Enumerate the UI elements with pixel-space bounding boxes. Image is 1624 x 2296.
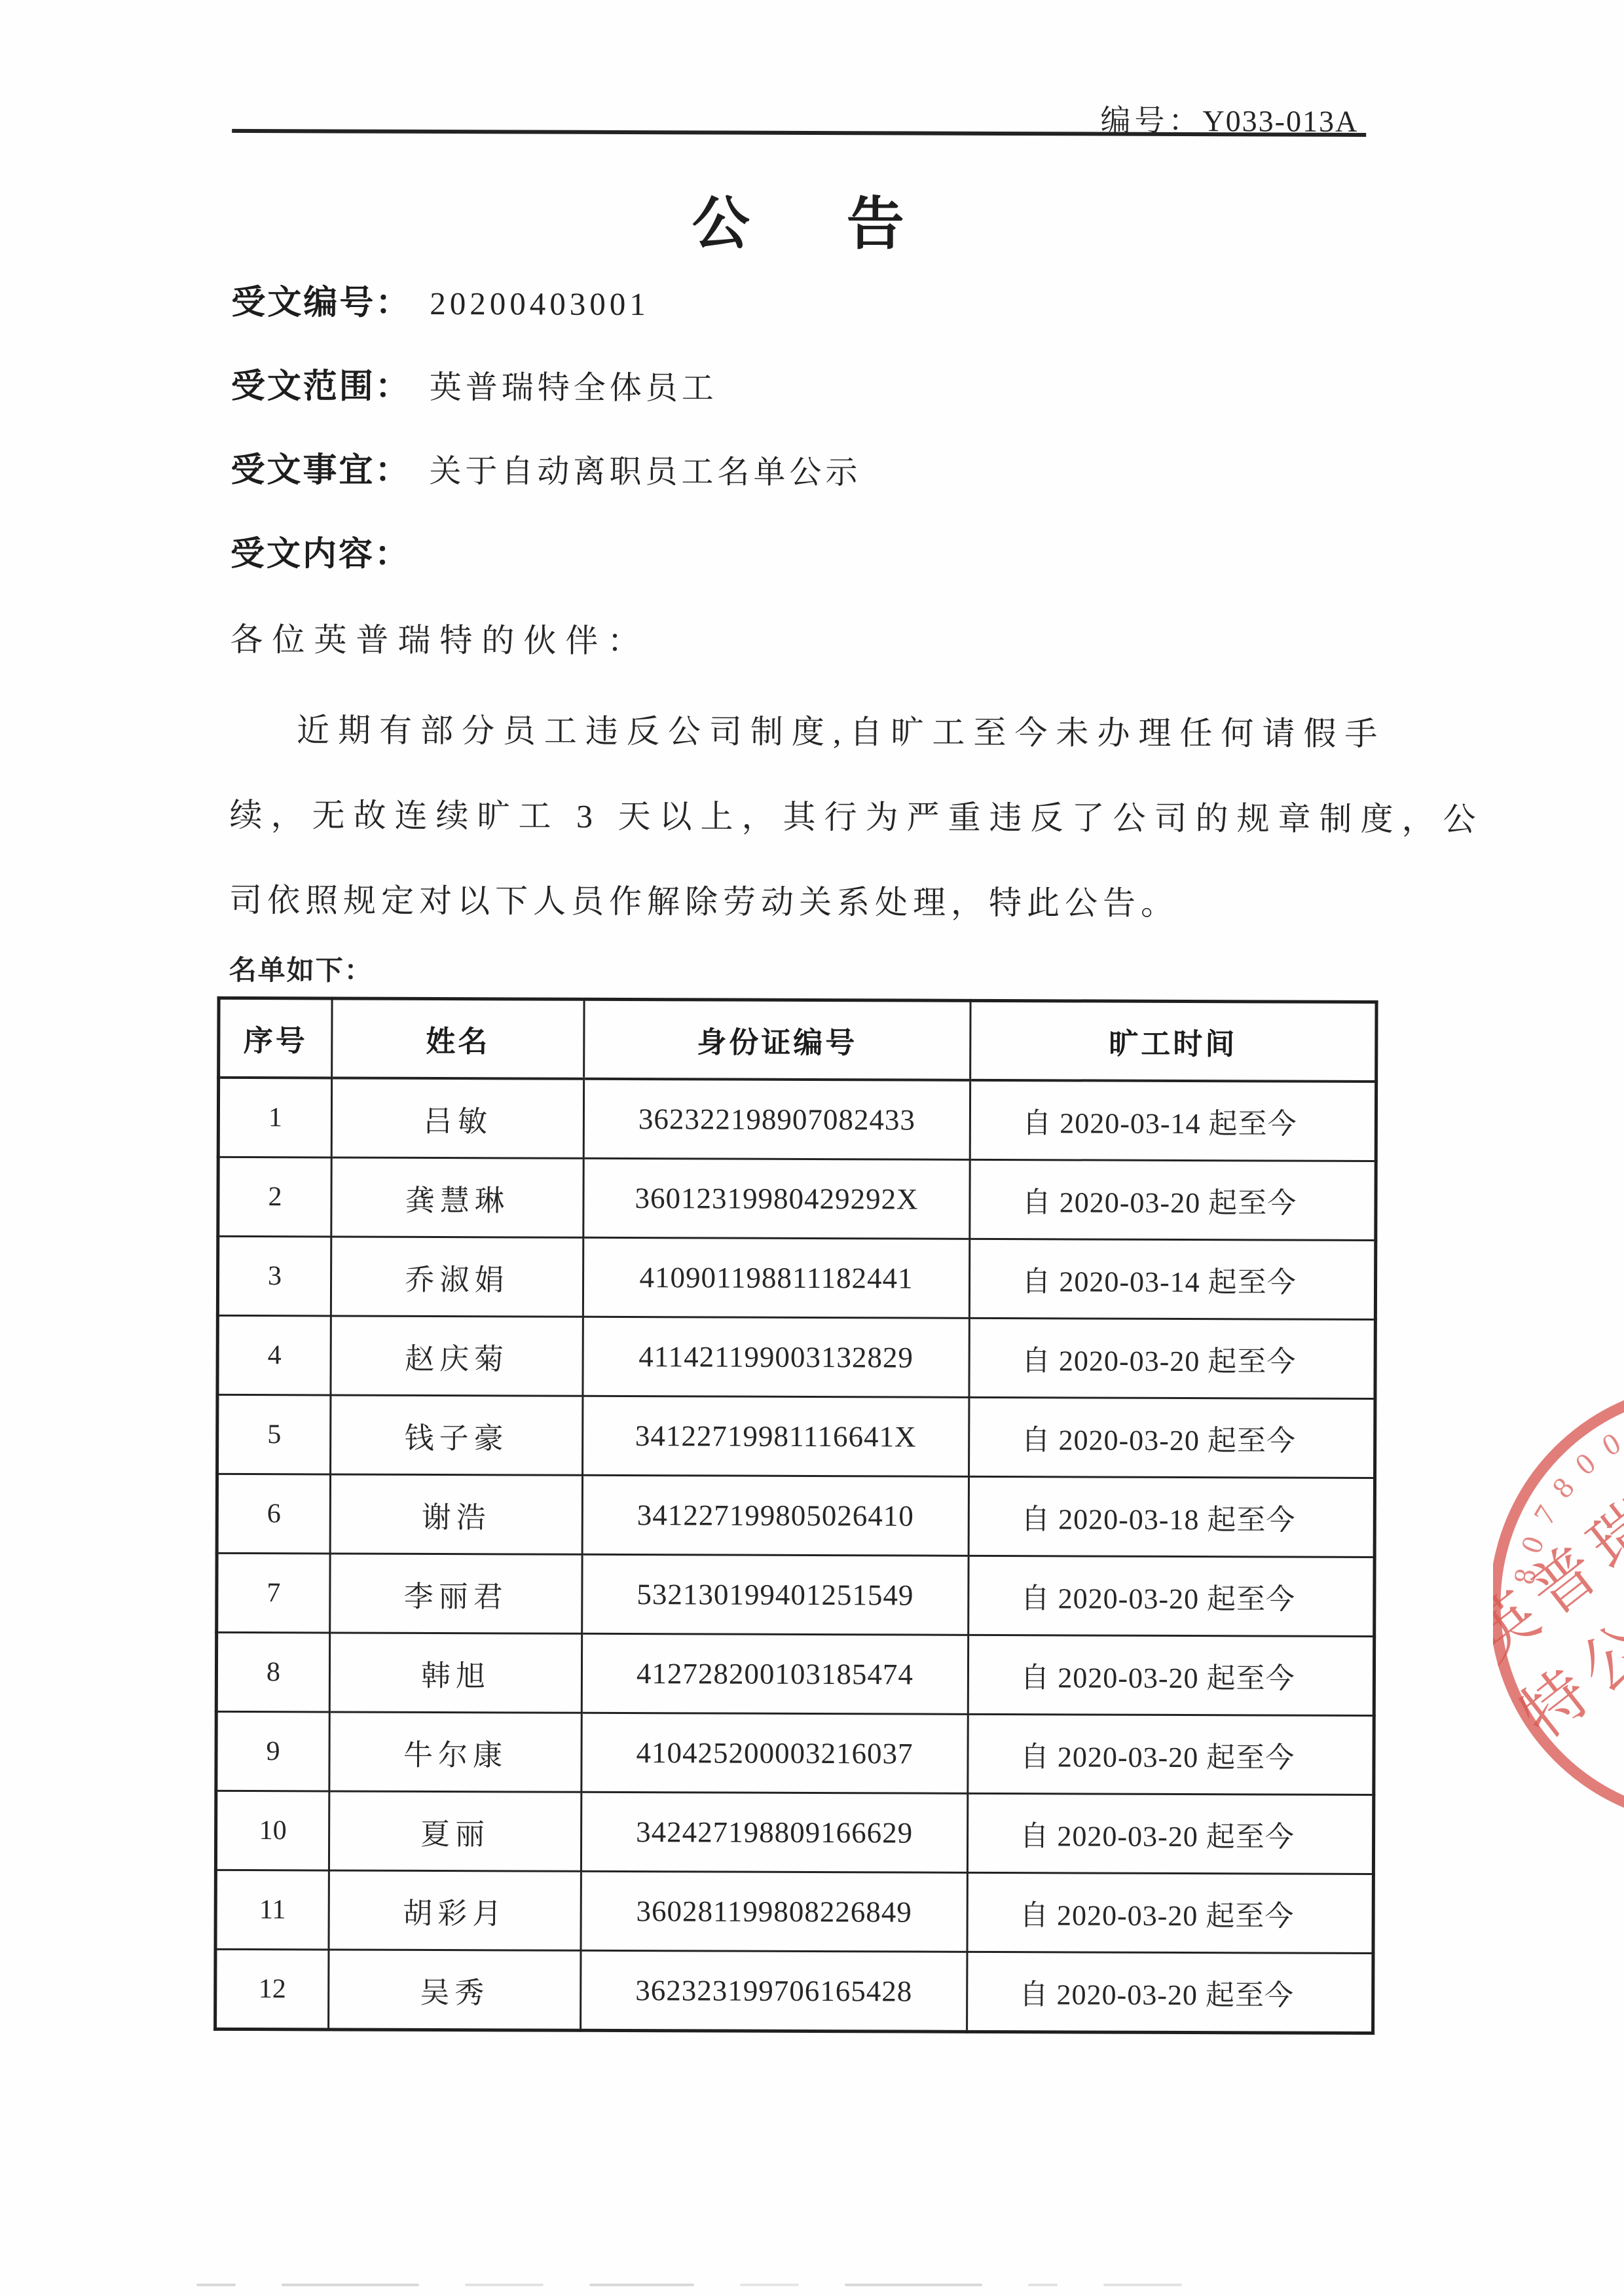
header-id-number: 身份证编号 bbox=[584, 999, 970, 1080]
cell-id: 362323199706165428 bbox=[581, 1950, 967, 2032]
field-content: 受文内容： bbox=[231, 526, 429, 575]
table-header-row: 序号 姓名 身份证编号 旷工时间 bbox=[219, 998, 1376, 1082]
cell-id: 34122719981116641X bbox=[583, 1396, 969, 1476]
field-label: 受文内容： bbox=[231, 535, 411, 574]
field-subject: 受文事宜：关于自动离职员工名单公示 bbox=[231, 442, 861, 493]
list-label: 名单如下： bbox=[229, 949, 373, 989]
scan-artifact bbox=[196, 2284, 1310, 2289]
table-row: 8 韩旭 412728200103185474 自 2020-03-20 起至今 bbox=[216, 1632, 1374, 1715]
cell-date: 自 2020-03-20 起至今 bbox=[970, 1159, 1376, 1240]
field-value: 关于自动离职员工名单公示 bbox=[429, 453, 861, 490]
cell-serial: 5 bbox=[217, 1394, 331, 1474]
header-name: 姓名 bbox=[332, 998, 584, 1079]
table-row: 1 吕敏 362322198907082433 自 2020-03-14 起至今 bbox=[218, 1078, 1376, 1161]
table-row: 2 龚慧琳 36012319980429292X 自 2020-03-20 起至… bbox=[218, 1157, 1376, 1240]
table-row: 12 吴秀 362323199706165428 自 2020-03-20 起至… bbox=[215, 1949, 1373, 2033]
body-paragraph-line: 司依照规定对以下人员作解除劳动关系处理，特此公告。 bbox=[229, 874, 1395, 925]
header-serial: 序号 bbox=[219, 998, 332, 1078]
cell-serial: 7 bbox=[217, 1553, 330, 1633]
company-seal-stamp: 8078000 英普瑞 特公司 bbox=[1493, 1381, 1624, 1827]
cell-date: 自 2020-03-20 起至今 bbox=[969, 1397, 1375, 1478]
cell-serial: 4 bbox=[217, 1315, 331, 1395]
cell-date: 自 2020-03-14 起至今 bbox=[970, 1080, 1376, 1161]
cell-name: 牛尔康 bbox=[329, 1712, 581, 1792]
table-row: 3 乔淑娟 410901198811182441 自 2020-03-14 起至… bbox=[217, 1236, 1375, 1319]
cell-id: 532130199401251549 bbox=[582, 1554, 969, 1635]
field-label: 受文事宜： bbox=[231, 451, 411, 490]
field-label: 受文编号： bbox=[231, 283, 411, 322]
cell-name: 吴秀 bbox=[329, 1950, 581, 2030]
header-absence-time: 旷工时间 bbox=[970, 1000, 1376, 1082]
cell-name: 赵庆菊 bbox=[331, 1316, 583, 1396]
cell-date: 自 2020-03-20 起至今 bbox=[967, 1952, 1373, 2033]
body-paragraph-line: 近期有部分员工违反公司制度,自旷工至今未办理任何请假手 bbox=[230, 704, 1395, 755]
cell-name: 乔淑娟 bbox=[331, 1237, 583, 1317]
table-row: 10 夏丽 342427198809166629 自 2020-03-20 起至… bbox=[215, 1791, 1373, 1874]
table-row: 9 牛尔康 410425200003216037 自 2020-03-20 起至… bbox=[216, 1711, 1374, 1795]
cell-date: 自 2020-03-20 起至今 bbox=[969, 1318, 1375, 1398]
cell-name: 谢浩 bbox=[330, 1474, 582, 1554]
cell-name: 韩旭 bbox=[329, 1633, 581, 1713]
cell-name: 夏丽 bbox=[329, 1791, 581, 1871]
cell-id: 362322198907082433 bbox=[583, 1079, 970, 1160]
cell-serial: 10 bbox=[215, 1791, 329, 1870]
cell-date: 自 2020-03-20 起至今 bbox=[967, 1872, 1373, 1953]
document-page: 编号：Y033-013A 公 告 受文编号：20200403001 受文范围：英… bbox=[0, 0, 1624, 2296]
field-value: 英普瑞特全体员工 bbox=[430, 369, 718, 407]
cell-name: 李丽君 bbox=[330, 1554, 582, 1633]
cell-date: 自 2020-03-20 起至今 bbox=[969, 1556, 1375, 1636]
cell-date: 自 2020-03-20 起至今 bbox=[968, 1635, 1374, 1715]
cell-name: 吕敏 bbox=[331, 1078, 583, 1158]
cell-date: 自 2020-03-20 起至今 bbox=[968, 1714, 1374, 1795]
document-content: 编号：Y033-013A 公 告 受文编号：20200403001 受文范围：英… bbox=[0, 0, 1624, 2296]
cell-serial: 6 bbox=[217, 1474, 330, 1554]
cell-date: 自 2020-03-18 起至今 bbox=[969, 1476, 1375, 1557]
page-title: 公 告 bbox=[3, 175, 1614, 264]
cell-name: 龚慧琳 bbox=[331, 1157, 583, 1237]
field-scope: 受文范围：英普瑞特全体员工 bbox=[231, 358, 718, 409]
cell-id: 341227199805026410 bbox=[582, 1475, 969, 1556]
dismissed-employees-table: 序号 姓名 身份证编号 旷工时间 1 吕敏 362322198907082433… bbox=[213, 996, 1378, 2035]
cell-id: 410901198811182441 bbox=[583, 1237, 969, 1318]
salutation-line: 各位英普瑞特的伙伴： bbox=[230, 613, 649, 662]
cell-id: 342427198809166629 bbox=[581, 1792, 967, 1872]
cell-id: 410425200003216037 bbox=[581, 1713, 968, 1793]
cell-id: 36012319980429292X bbox=[583, 1158, 970, 1239]
cell-serial: 8 bbox=[216, 1632, 329, 1712]
table-row: 5 钱子豪 34122719981116641X 自 2020-03-20 起至… bbox=[217, 1394, 1375, 1478]
cell-id: 360281199808226849 bbox=[581, 1871, 967, 1952]
cell-date: 自 2020-03-20 起至今 bbox=[967, 1793, 1373, 1874]
cell-name: 胡彩月 bbox=[329, 1870, 581, 1950]
cell-id: 412728200103185474 bbox=[581, 1633, 968, 1714]
table-row: 4 赵庆菊 411421199003132829 自 2020-03-20 起至… bbox=[217, 1315, 1375, 1398]
table-row: 6 谢浩 341227199805026410 自 2020-03-18 起至今 bbox=[217, 1474, 1375, 1557]
table-row: 7 李丽君 532130199401251549 自 2020-03-20 起至… bbox=[217, 1553, 1375, 1636]
field-doc-number: 受文编号：20200403001 bbox=[231, 274, 650, 325]
cell-serial: 1 bbox=[218, 1078, 331, 1157]
cell-id: 411421199003132829 bbox=[583, 1317, 969, 1397]
cell-serial: 12 bbox=[215, 1949, 329, 2030]
cell-date: 自 2020-03-14 起至今 bbox=[969, 1239, 1375, 1319]
table-row: 11 胡彩月 360281199808226849 自 2020-03-20 起… bbox=[215, 1870, 1373, 1953]
field-label: 受文范围： bbox=[231, 367, 411, 406]
cell-serial: 2 bbox=[218, 1157, 331, 1237]
cell-serial: 3 bbox=[217, 1236, 331, 1316]
cell-serial: 11 bbox=[215, 1870, 329, 1950]
cell-serial: 9 bbox=[216, 1711, 329, 1791]
body-paragraph-line: 续，无故连续旷工 3 天以上，其行为严重违反了公司的规章制度，公 bbox=[229, 789, 1395, 840]
cell-name: 钱子豪 bbox=[331, 1395, 583, 1475]
field-value: 20200403001 bbox=[430, 285, 650, 322]
